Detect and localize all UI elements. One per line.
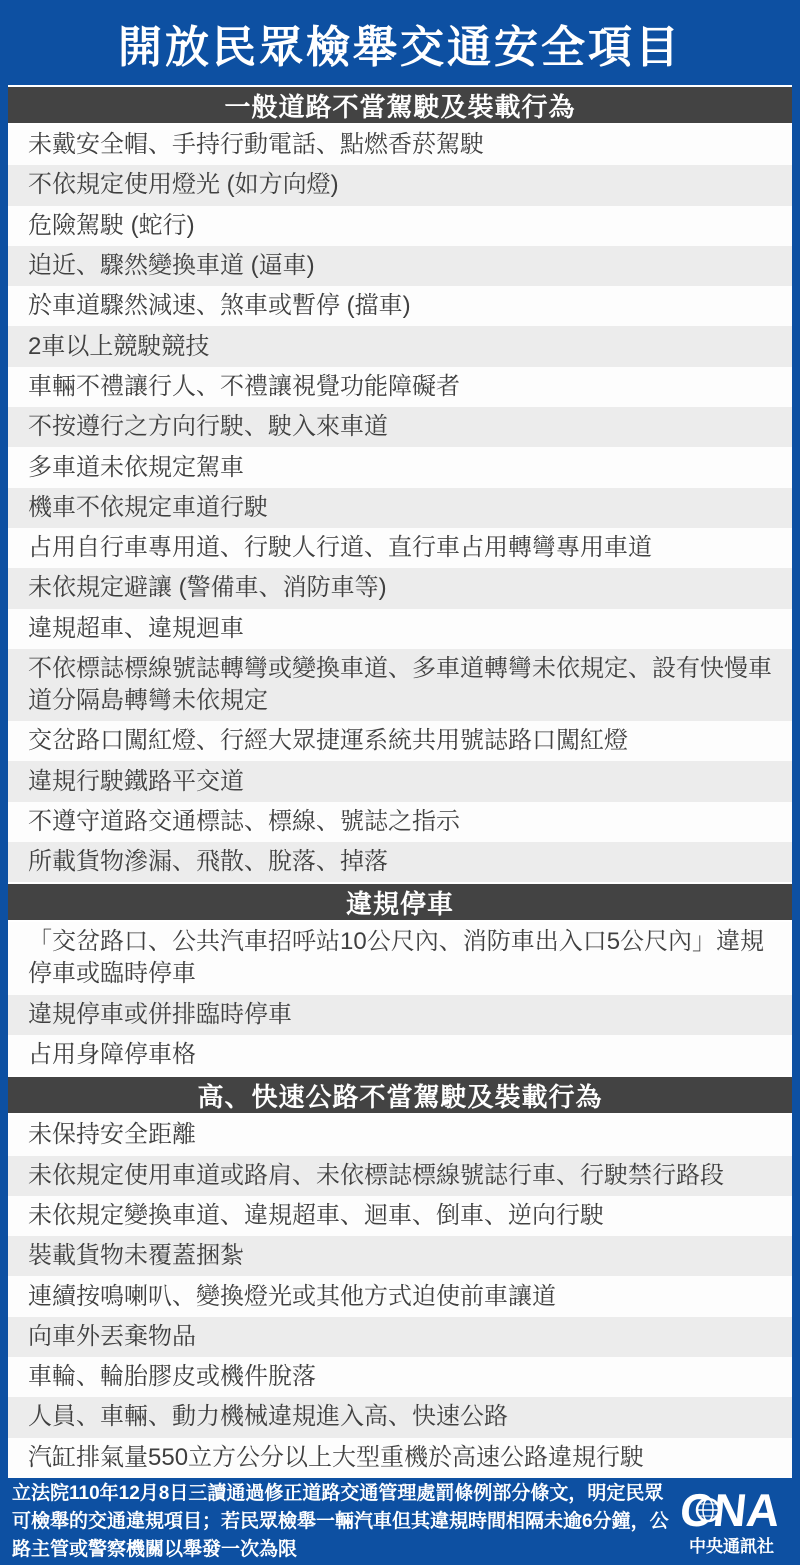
table-row: 不按遵行之方向行駛、駛入來車道 bbox=[8, 407, 792, 447]
cna-logo-caption: 中央通訊社 bbox=[689, 1536, 774, 1556]
table-row: 連續按鳴喇叭、變換燈光或其他方式迫使前車讓道 bbox=[8, 1276, 792, 1316]
footer-note: 立法院110年12月8日三讀通過修正道路交通管理處罰條例部分條文，明定民眾可檢舉… bbox=[12, 1480, 674, 1564]
table-row: 危險駕駛 (蛇行) bbox=[8, 206, 792, 246]
section-header: 高、快速公路不當駕駛及裝載行為 bbox=[8, 1075, 792, 1115]
section-header: 違規停車 bbox=[8, 882, 792, 922]
title-band: 開放民眾檢舉交通安全項目 bbox=[0, 0, 800, 85]
table-row: 不依規定使用燈光 (如方向燈) bbox=[8, 165, 792, 205]
cna-logo-graphic: CNA 中央通訊社 bbox=[682, 1484, 782, 1560]
table-row: 於車道驟然減速、煞車或暫停 (擋車) bbox=[8, 286, 792, 326]
table-row: 違規停車或併排臨時停車 bbox=[8, 995, 792, 1035]
table-row: 裝載貨物未覆蓋捆紮 bbox=[8, 1236, 792, 1276]
table-row: 未保持安全距離 bbox=[8, 1115, 792, 1155]
table-row: 所載貨物滲漏、飛散、脫落、掉落 bbox=[8, 842, 792, 882]
section-header: 一般道路不當駕駛及裝載行為 bbox=[8, 85, 792, 125]
table-row: 未戴安全帽、手持行動電話、點燃香菸駕駛 bbox=[8, 125, 792, 165]
table-row: 車輪、輪胎膠皮或機件脫落 bbox=[8, 1357, 792, 1397]
table-row: 汽缸排氣量550立方公分以上大型重機於高速公路違規行駛 bbox=[8, 1438, 792, 1478]
table-row: 交岔路口闖紅燈、行經大眾捷運系統共用號誌路口闖紅燈 bbox=[8, 721, 792, 761]
table-row: 車輛不禮讓行人、不禮讓視覺功能障礙者 bbox=[8, 367, 792, 407]
table-row: 不依標誌標線號誌轉彎或變換車道、多車道轉彎未依規定、設有快慢車道分隔島轉彎未依規… bbox=[8, 649, 792, 721]
table-row: 機車不依規定車道行駛 bbox=[8, 488, 792, 528]
table-row: 占用自行車專用道、行駛人行道、直行車占用轉彎專用車道 bbox=[8, 528, 792, 568]
table-row: 人員、車輛、動力機械違規進入高、快速公路 bbox=[8, 1397, 792, 1437]
table-row: 違規超車、違規迴車 bbox=[8, 609, 792, 649]
table-row: 占用身障停車格 bbox=[8, 1035, 792, 1075]
table-row: 不遵守道路交通標誌、標線、號誌之指示 bbox=[8, 802, 792, 842]
table-row: 未依規定使用車道或路肩、未依標誌標線號誌行車、行駛禁行路段 bbox=[8, 1156, 792, 1196]
table-row: 未依規定避讓 (警備車、消防車等) bbox=[8, 568, 792, 608]
table-row: 向車外丟棄物品 bbox=[8, 1317, 792, 1357]
table-row: 「交岔路口、公共汽車招呼站10公尺內、消防車出入口5公尺內」違規停車或臨時停車 bbox=[8, 922, 792, 994]
globe-icon bbox=[697, 1499, 719, 1521]
table-row: 多車道未依規定駕車 bbox=[8, 447, 792, 487]
table-row: 未依規定變換車道、違規超車、迴車、倒車、逆向行駛 bbox=[8, 1196, 792, 1236]
page-title: 開放民眾檢舉交通安全項目 bbox=[118, 11, 682, 75]
footer: 立法院110年12月8日三讀通過修正道路交通管理處罰條例部分條文，明定民眾可檢舉… bbox=[0, 1478, 800, 1565]
table-row: 2車以上競駛競技 bbox=[8, 326, 792, 366]
table-row: 違規行駛鐵路平交道 bbox=[8, 761, 792, 801]
violation-table: 一般道路不當駕駛及裝載行為未戴安全帽、手持行動電話、點燃香菸駕駛不依規定使用燈光… bbox=[8, 85, 792, 1478]
cna-logo: CNA 中央通訊社 bbox=[674, 1484, 790, 1560]
table-row: 迫近、驟然變換車道 (逼車) bbox=[8, 246, 792, 286]
